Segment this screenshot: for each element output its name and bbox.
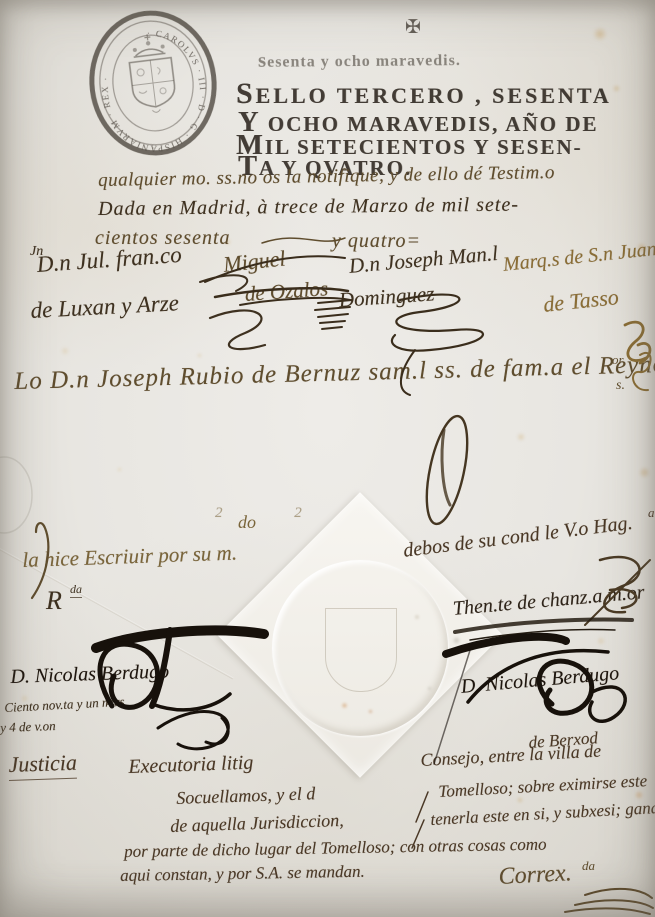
flourish-watermark [0, 457, 32, 533]
paper-stain [592, 26, 608, 42]
corrected-mark: Correx. [498, 860, 572, 891]
signature-miguel-line-1: Miguel [222, 245, 287, 277]
fee-line-1: Ciento nov.ta y un m.rs [4, 694, 125, 716]
signature-dominguez-line-2: Dominguez [338, 281, 435, 313]
docket-line-3a: de aquella Jurisdiccion, [170, 810, 344, 837]
seal-coat-of-arms-icon [129, 58, 177, 115]
docket-line-1a: Executoria litig [128, 752, 254, 779]
paper-stain [196, 352, 203, 359]
signature-berdugo-left: D. Nicolas Berdugo [10, 660, 169, 689]
corrected-superscript: da [582, 858, 595, 874]
docket-line-2a: Socuellamos, y el d [176, 783, 316, 809]
fee-line-2: y 4 de v.on [0, 718, 56, 736]
hag-superscript: a [648, 505, 655, 521]
royal-ink-stamp-seal: · CAROLVS · III · D · G · HISPANIARVM · … [77, 0, 228, 165]
body-line-1: qualquier mo. ss.no os la notifique, y d… [98, 162, 555, 192]
escrivir-line: la hice Escriuir por su m. [22, 541, 237, 573]
manuscript-page: · CAROLVS · III · D · G · HISPANIARVM · … [0, 0, 655, 917]
signature-marques-line-2: de Tasso [542, 284, 620, 318]
paper-stain [516, 432, 526, 442]
paper-stain [116, 466, 123, 473]
docket-line-5: aqui constan, y por S.A. se mandan. [120, 862, 365, 886]
debos-line: debos de su cond le V.o Hag. [402, 512, 634, 563]
registrada-mark: R [46, 586, 62, 616]
paper-stain [60, 346, 70, 356]
clerk-superscript-2: s. [616, 378, 625, 394]
flourish-correxda [565, 889, 653, 914]
flourish-clerk-oval [419, 413, 475, 528]
embossed-seal-shield [325, 608, 397, 692]
registrada-superscript: da [70, 582, 82, 598]
small-marks: 2 2 [215, 505, 336, 522]
paper-stain [638, 466, 651, 479]
docket-line-2b: Tomelloso; sobre eximirse este [438, 771, 648, 802]
signature-luxan-line-1: D.n Jul. fran.co [36, 242, 182, 278]
margin-label-justicia: Justicia [8, 750, 77, 781]
signature-miguel-line-2: de Ozalos [244, 276, 329, 307]
signature-marques-line-1: Marq.s de S.n Juan [502, 238, 655, 277]
docket-line-3b: tenerla este en si, y subxesi; ganada [430, 797, 655, 830]
clerk-attestation-line: Lo D.n Joseph Rubio de Bernuz sam.l ss. … [14, 351, 655, 396]
chancellor-line: Then.te de chanz.a m.or [452, 581, 645, 621]
mandado-superscript: do [238, 512, 256, 533]
revalidation-stamp-line: sesenta y ocho maravedis. [258, 47, 461, 73]
paper-stain [596, 636, 606, 646]
docket-line-4: por parte de dicho lugar del Tomelloso; … [124, 835, 547, 862]
body-line-2: Dada en Madrid, à trece de Marzo de mil … [98, 194, 519, 221]
clerk-superscript-1: or [612, 352, 624, 368]
maltese-cross-mark: ✠ [405, 16, 421, 39]
signature-berdugo-right: D. Nicolas Berdugo [460, 662, 620, 699]
paper-stain [612, 84, 621, 93]
signature-luxan-line-2: de Luxan y Arze [30, 290, 180, 324]
docket-line-1b: Consejo, entre la villa de [420, 741, 602, 771]
